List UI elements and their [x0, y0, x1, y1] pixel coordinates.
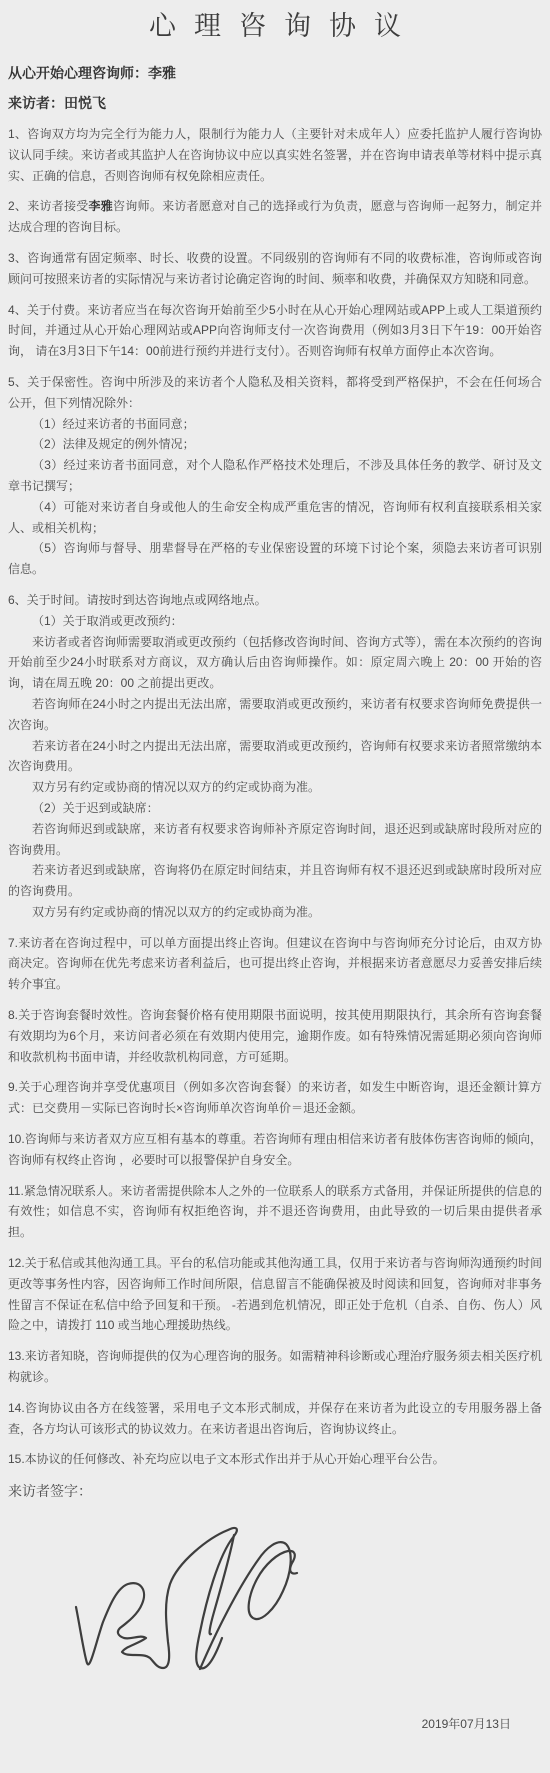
clause-5-line: （4）可能对来访者自身或他人的生命安全构成严重危害的情况，咨询师有权利直接联系相…: [8, 497, 542, 539]
clause-10: 10.咨询师与来访者双方应互相有基本的尊重。若咨询师有理由相信来访者有肢体伤害咨…: [8, 1129, 542, 1171]
agreement-date: 2019年07月13日: [8, 1716, 542, 1733]
clause-4: 4、关于付费。来访者应当在每次咨询开始前至少5小时在从心开始心理网站或APP上或…: [8, 300, 542, 362]
clause-5-line: （3）经过来访者书面同意，对个人隐私作严格技术处理后，不涉及具体任务的教学、研讨…: [8, 455, 542, 497]
clause-3: 3、咨询通常有固定频率、时长、收费的设置。不同级别的咨询师有不同的收费标准，咨询…: [8, 248, 542, 290]
clause-2: 2、来访者接受李雅咨询师。来访者愿意对自己的选择或行为负责，愿意与咨询师一起努力…: [8, 196, 542, 238]
agreement-page: 心理咨询协议 从心开始心理咨询师：李雅 来访者：田悦飞 1、咨询双方均为完全行为…: [0, 0, 550, 1773]
clause-9: 9.关于心理咨询并享受优惠项目（例如多次咨询套餐）的来访者，如发生中断咨询，退还…: [8, 1077, 542, 1119]
clause-5-line: （5）咨询师与督导、朋辈督导在严格的专业保密设置的环境下讨论个案，须隐去来访者可…: [8, 538, 542, 580]
counselor-name: 李雅: [148, 65, 176, 81]
clause-11: 11.紧急情况联系人。来访者需提供除本人之外的一位联系人的联系方式备用，并保证所…: [8, 1181, 542, 1243]
clause-7: 7.来访者在咨询过程中，可以单方面提出终止咨询。但建议在咨询中与咨询师充分讨论后…: [8, 933, 542, 995]
clause-5-line: （1）经过来访者的书面同意；: [8, 414, 542, 435]
clause-10-line: 10.咨询师与来访者双方应互相有基本的尊重。若咨询师有理由相信来访者有肢体伤害咨…: [8, 1129, 542, 1171]
clause-6-line: 若来访者迟到或缺席，咨询将仍在原定时间结束，并且咨询师有权不退还迟到或缺席时段所…: [8, 860, 542, 902]
clause-6-line: 若咨询师在24小时之内提出无法出席，需要取消或更改预约，来访者有权要求咨询师免费…: [8, 694, 542, 736]
clause-15: 15.本协议的任何修改、补充均应以电子文本形式作出并于从心开始心理平台公告。: [8, 1449, 542, 1470]
clause-6-line: （2）关于迟到或缺席：: [8, 798, 542, 819]
counselor-line: 从心开始心理咨询师：李雅: [8, 58, 542, 88]
visitor-line: 来访者：田悦飞: [8, 88, 542, 118]
clause-7-line: 7.来访者在咨询过程中，可以单方面提出终止咨询。但建议在咨询中与咨询师充分讨论后…: [8, 933, 542, 995]
clause-5-line: （2）法律及规定的例外情况；: [8, 434, 542, 455]
page-title: 心理咨询协议: [8, 8, 542, 44]
clause-6-line: 来访者或者咨询师需要取消或更改预约（包括修改咨询时间、咨询方式等），需在本次预约…: [8, 632, 542, 694]
clause-6-line: 6、关于时间。请按时到达咨询地点或网络地点。: [8, 590, 542, 611]
counselor-name-inline: 李雅: [89, 199, 114, 213]
clause-3-line: 3、咨询通常有固定频率、时长、收费的设置。不同级别的咨询师有不同的收费标准，咨询…: [8, 248, 542, 290]
counselor-label: 从心开始心理咨询师：: [8, 65, 148, 81]
clause-12-line: 12.关于私信或其他沟通工具。平台的私信功能或其他沟通工具，仅用于来访者与咨询师…: [8, 1253, 542, 1336]
clause-5-line: 5、关于保密性。咨询中所涉及的来访者个人隐私及相关资料，都将受到严格保护，不会在…: [8, 372, 542, 414]
agreement-clauses: 1、咨询双方均为完全行为能力人，限制行为能力人（主要针对未成年人）应委托监护人履…: [8, 124, 542, 1470]
text-segment: 2、来访者接受: [8, 199, 89, 213]
visitor-label: 来访者：: [8, 95, 64, 111]
clause-6-line: （1）关于取消或更改预约：: [8, 611, 542, 632]
clause-8-line: 8.关于咨询套餐时效性。咨询套餐价格有使用期限书面说明，按其使用期限执行，其余所…: [8, 1005, 542, 1067]
clause-13: 13.来访者知晓，咨询师提供的仅为心理咨询的服务。如需精神科诊断或心理治疗服务须…: [8, 1346, 542, 1388]
clause-6-line: 双方另有约定或协商的情况以双方的约定或协商为准。: [8, 902, 542, 923]
visitor-signature-label: 来访者签字：: [8, 1480, 542, 1502]
clause-14-line: 14.咨询协议由各方在线签署，采用电子文本形式制成，并保存在来访者为此设立的专用…: [8, 1398, 542, 1440]
clause-8: 8.关于咨询套餐时效性。咨询套餐价格有使用期限书面说明，按其使用期限执行，其余所…: [8, 1005, 542, 1067]
clause-6: 6、关于时间。请按时到达咨询地点或网络地点。（1）关于取消或更改预约：来访者或者…: [8, 590, 542, 923]
clause-5: 5、关于保密性。咨询中所涉及的来访者个人隐私及相关资料，都将受到严格保护，不会在…: [8, 372, 542, 580]
signature-area: [58, 1522, 303, 1680]
clause-1-line: 1、咨询双方均为完全行为能力人，限制行为能力人（主要针对未成年人）应委托监护人履…: [8, 124, 542, 186]
visitor-signature-scribble: [58, 1522, 303, 1680]
clause-6-line: 若来访者在24小时之内提出无法出席，需要取消或更改预约，咨询师有权要求来访者照常…: [8, 736, 542, 778]
clause-6-line: 若咨询师迟到或缺席，来访者有权要求咨询师补齐原定咨询时间，退还迟到或缺席时段所对…: [8, 819, 542, 861]
clause-14: 14.咨询协议由各方在线签署，采用电子文本形式制成，并保存在来访者为此设立的专用…: [8, 1398, 542, 1440]
visitor-name: 田悦飞: [64, 95, 106, 111]
clause-9-line: 9.关于心理咨询并享受优惠项目（例如多次咨询套餐）的来访者，如发生中断咨询，退还…: [8, 1077, 542, 1119]
clause-4-line: 4、关于付费。来访者应当在每次咨询开始前至少5小时在从心开始心理网站或APP上或…: [8, 300, 542, 362]
clause-1: 1、咨询双方均为完全行为能力人，限制行为能力人（主要针对未成年人）应委托监护人履…: [8, 124, 542, 186]
clause-6-line: 双方另有约定或协商的情况以双方的约定或协商为准。: [8, 777, 542, 798]
clause-12: 12.关于私信或其他沟通工具。平台的私信功能或其他沟通工具，仅用于来访者与咨询师…: [8, 1253, 542, 1336]
clause-2-line: 2、来访者接受李雅咨询师。来访者愿意对自己的选择或行为负责，愿意与咨询师一起努力…: [8, 196, 542, 238]
clause-13-line: 13.来访者知晓，咨询师提供的仅为心理咨询的服务。如需精神科诊断或心理治疗服务须…: [8, 1346, 542, 1388]
clause-15-line: 15.本协议的任何修改、补充均应以电子文本形式作出并于从心开始心理平台公告。: [8, 1449, 542, 1470]
clause-11-line: 11.紧急情况联系人。来访者需提供除本人之外的一位联系人的联系方式备用，并保证所…: [8, 1181, 542, 1243]
